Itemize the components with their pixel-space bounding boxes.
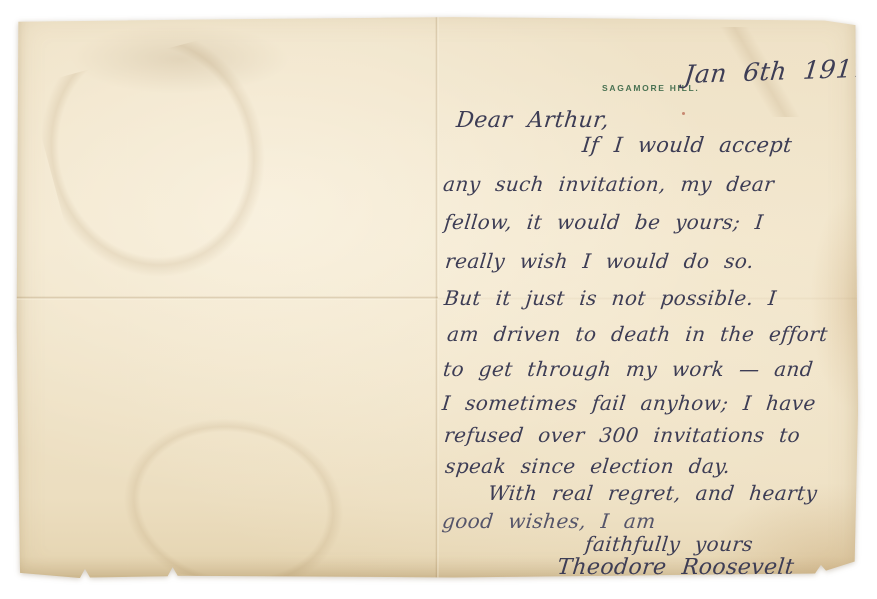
scanned-letter-photo: SAGAMORE HILL. Jan 6th 1917 Dear Arthur,… (0, 0, 877, 599)
handwritten-line: any such invitation, my dear (442, 172, 776, 196)
handwritten-line: am driven to death in the effort (446, 322, 829, 346)
handwritten-line: If I would accept (581, 133, 793, 157)
stain-right-edge (810, 192, 858, 412)
handwritten-line: to get through my work — and (442, 357, 814, 381)
paper-surface: SAGAMORE HILL. Jan 6th 1917 Dear Arthur,… (15, 12, 858, 582)
handwritten-line: speak since election day. (444, 454, 731, 478)
handwritten-signature: Theodore Roosevelt (556, 555, 795, 580)
handwritten-line-closing: With real regret, and hearty (487, 481, 819, 505)
handwritten-line-valediction: faithfully yours (584, 532, 754, 556)
red-fleck (682, 112, 685, 115)
handwritten-line: refused over 300 invitations to (443, 423, 801, 447)
handwritten-line: I sometimes fail anyhow; I have (441, 391, 817, 415)
handwritten-line: really wish I would do so. (444, 249, 755, 273)
signature-flourish (827, 571, 851, 576)
handwritten-line-salutation: Dear Arthur, (455, 108, 610, 133)
handwritten-line: fellow, it would be yours; I (443, 210, 765, 234)
handwritten-line-closing: good wishes, I am (441, 509, 657, 533)
letter-sheet: SAGAMORE HILL. Jan 6th 1917 Dear Arthur,… (15, 12, 858, 582)
handwritten-line: But it just is not possible. I (443, 286, 778, 310)
handwritten-date: Jan 6th 1917 (683, 54, 858, 89)
horizontal-fold-crease-left (15, 296, 438, 300)
